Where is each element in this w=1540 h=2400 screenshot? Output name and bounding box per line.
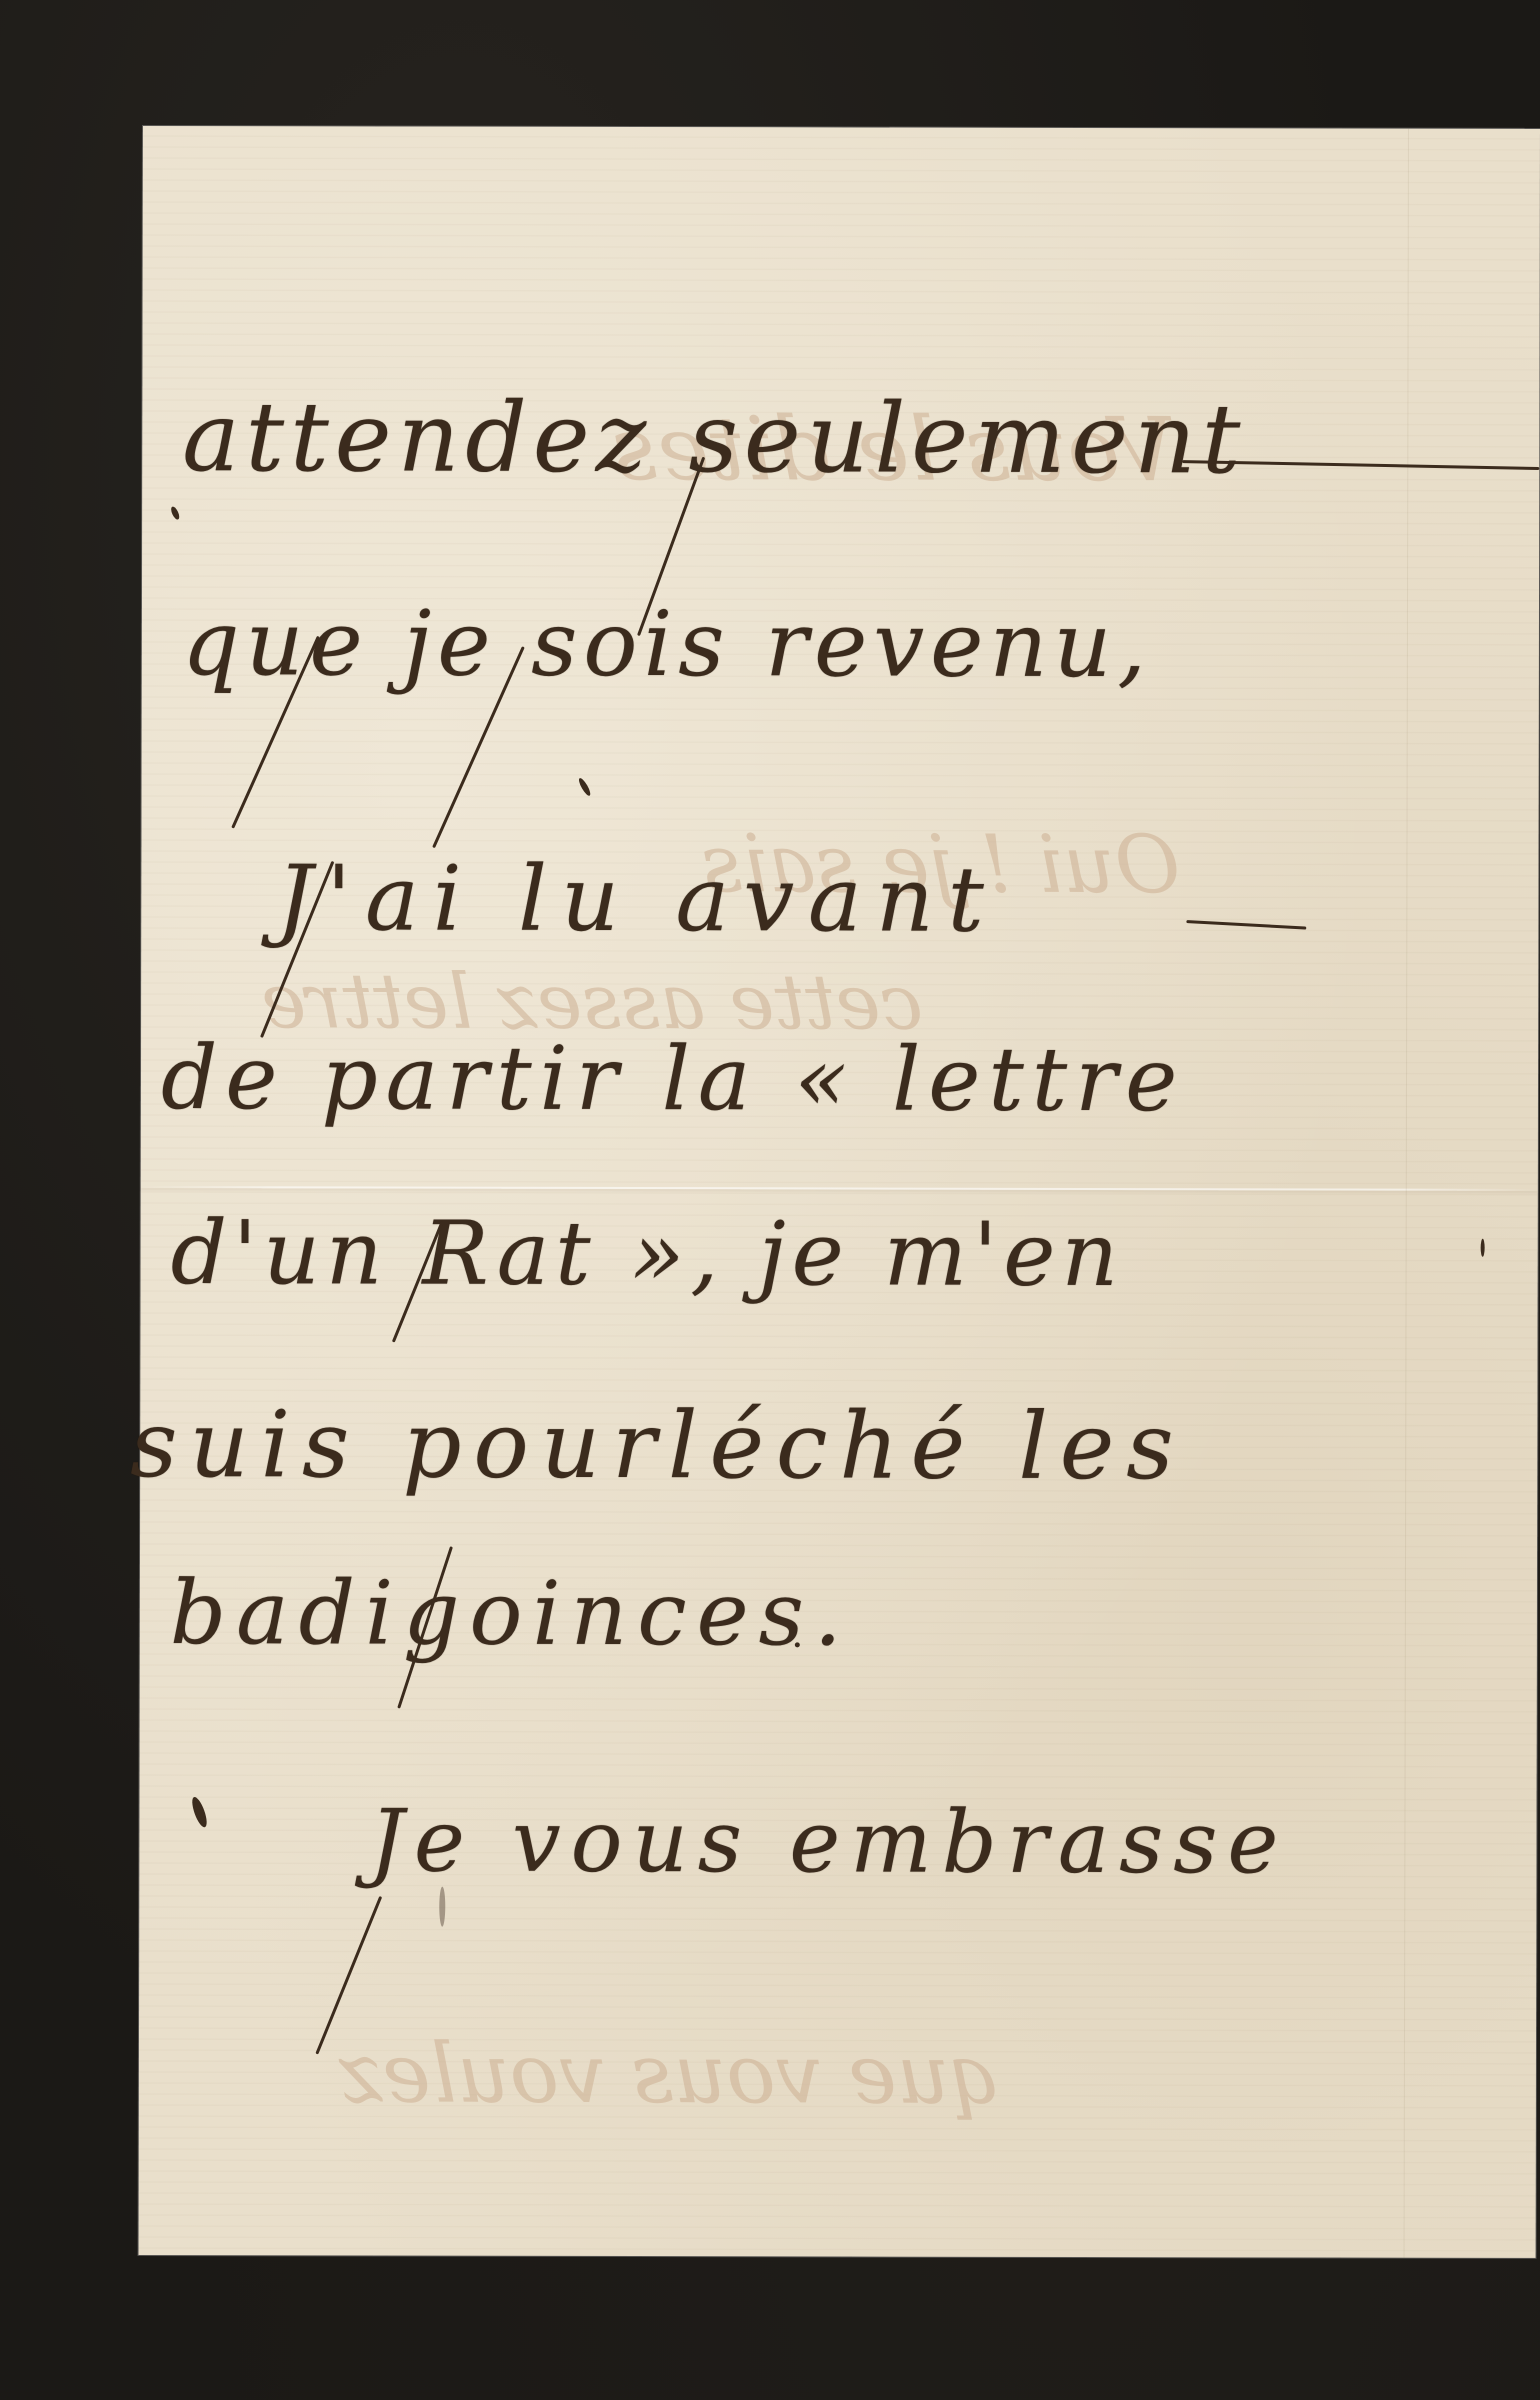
ink-speck <box>170 505 181 520</box>
letter-line-2: que je sois revenu, <box>182 591 1152 698</box>
letter-page: Vous le dites Oui ! je sais cette assez … <box>139 126 1540 2258</box>
ink-speck <box>795 1642 800 1647</box>
flourish-stroke <box>1186 920 1306 930</box>
vertical-fold-crease <box>1404 129 1409 2258</box>
ink-blot <box>189 1795 209 1828</box>
letter-line-5: d'un Rat », je m'en <box>171 1201 1125 1306</box>
letter-line-4: de partir la « lettre <box>161 1026 1185 1131</box>
ink-speck <box>577 777 592 797</box>
ink-speck <box>1481 1239 1485 1257</box>
letter-line-6: suis pourléché les <box>130 1391 1186 1500</box>
horizontal-fold-crease <box>141 1186 1538 1191</box>
letter-line-1: attendez seulement <box>182 381 1246 495</box>
letter-line-3: J'ai lu avant <box>276 846 998 953</box>
bleed-through-text: que vous voulez <box>339 2026 1002 2122</box>
ink-smudge <box>439 1887 445 1927</box>
letter-line-8: Je vous embrasse <box>369 1791 1288 1893</box>
letter-line-7: badigoinces. <box>170 1561 852 1665</box>
